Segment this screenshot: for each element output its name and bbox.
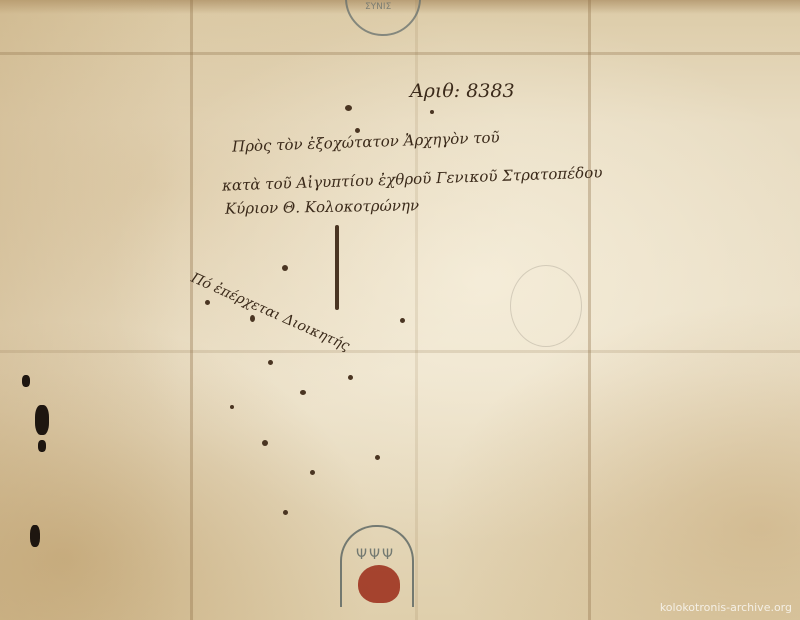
ink-spot (283, 510, 288, 515)
fold-line-top (0, 52, 800, 55)
ink-blot (38, 440, 46, 452)
ink-spot (310, 470, 315, 475)
wax-seal (358, 565, 400, 603)
ink-spot (345, 105, 352, 111)
ink-spot (262, 440, 268, 446)
ink-spot (300, 390, 306, 395)
ink-stroke (335, 225, 339, 310)
ink-spot (355, 128, 360, 133)
ink-spot (230, 405, 234, 409)
paper-stain-left (0, 0, 180, 620)
ink-blot (35, 405, 49, 435)
fold-line-middle (0, 350, 800, 353)
ink-spot (375, 455, 380, 460)
address-line-3: Κύριον Θ. Κολοκοτρώνην (225, 196, 419, 217)
ink-spot (430, 110, 434, 114)
ink-blot (30, 525, 40, 547)
ink-spot (282, 265, 288, 271)
fold-line-right (588, 0, 591, 620)
ink-spot (205, 300, 210, 305)
fold-line-left (190, 0, 193, 620)
ink-spot (268, 360, 273, 365)
faint-stamp-impression (510, 265, 582, 347)
ink-blot (22, 375, 30, 387)
ink-spot (400, 318, 405, 323)
reference-number: Αριθ: 8383 (410, 80, 515, 102)
ink-spot (348, 375, 353, 380)
archive-watermark: kolokotronis-archive.org (660, 601, 792, 614)
ink-spot (250, 315, 255, 322)
